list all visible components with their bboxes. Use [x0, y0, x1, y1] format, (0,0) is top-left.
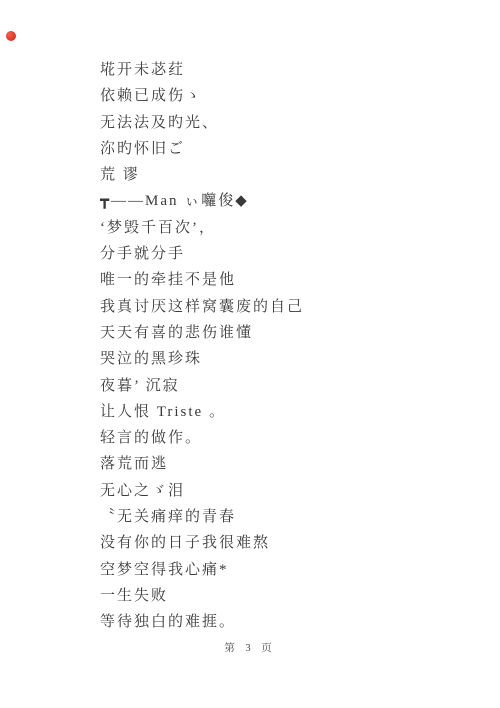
text-line: 夜暮’ 沉寂: [100, 373, 460, 399]
text-line: 落荒而逃: [100, 451, 460, 477]
text-line: 等待独白的难捱。: [100, 609, 460, 635]
text-content: 埖开未苾荭 依赖已成伤ゝ 无法法及旳光、 沵旳怀旧ご 荒 谬 ┳——Man ぃ囖…: [100, 57, 460, 636]
red-dot-marker: [6, 31, 16, 41]
text-line: 哭泣的黑珍珠: [100, 346, 460, 372]
text-line: 没有你的日子我很难熬: [100, 530, 460, 556]
text-line: 空梦空得我心痛*: [100, 557, 460, 583]
text-line: 〝无关痛痒的青春: [100, 504, 460, 530]
text-line: 一生失败: [100, 583, 460, 609]
text-line: 无法法及旳光、: [100, 110, 460, 136]
text-line: ┳——Man ぃ囖俊◆: [100, 188, 460, 214]
text-line: 轻言的做作。: [100, 425, 460, 451]
text-line: 依赖已成伤ゝ: [100, 83, 460, 109]
text-line: 分手就分手: [100, 241, 460, 267]
text-line: 荒 谬: [100, 162, 460, 188]
text-line: 让人恨 Triste 。: [100, 399, 460, 425]
text-line: ‘梦毁千百次’，: [100, 215, 460, 241]
document-page: 埖开未苾荭 依赖已成伤ゝ 无法法及旳光、 沵旳怀旧ご 荒 谬 ┳——Man ぃ囖…: [0, 0, 500, 708]
text-line: 唯一的牵挂不是他: [100, 267, 460, 293]
text-line: 埖开未苾荭: [100, 57, 460, 83]
text-line: 我真讨厌这样窝囊废的自己: [100, 294, 460, 320]
page-number-footer: 第 3 页: [0, 640, 500, 655]
text-line: 天天有喜的悲伤谁懂: [100, 320, 460, 346]
text-line: 无心之ゞ泪: [100, 478, 460, 504]
text-line: 沵旳怀旧ご: [100, 136, 460, 162]
